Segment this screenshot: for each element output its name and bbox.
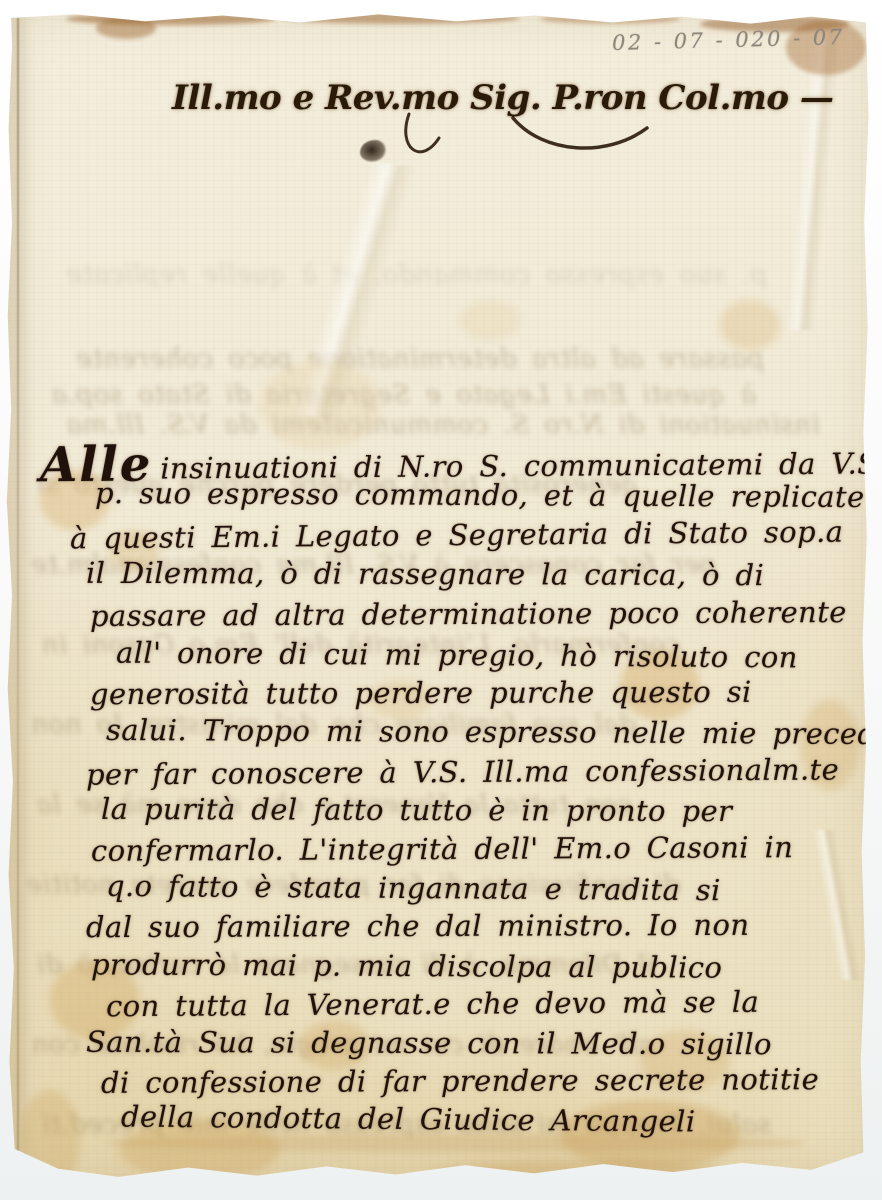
ghost-line: à questi Em.i Legato e Segretaria di Sta… bbox=[51, 380, 756, 410]
text-line: confermarlo. L'integrità dell' Em.o Caso… bbox=[91, 830, 793, 868]
text-line: San.tà Sua si degnasse con il Med.o sigi… bbox=[86, 1025, 772, 1061]
text-line: p. suo espresso commando, et à quelle re… bbox=[95, 476, 865, 514]
edge-stain bbox=[96, 17, 156, 39]
text-line: della condotta del Giudice Arcangeli bbox=[121, 1099, 696, 1138]
paper-stain bbox=[430, 1160, 730, 1186]
text-line: q.o fatto è stata ingannata e tradita si bbox=[106, 869, 721, 907]
ink-blot bbox=[360, 140, 386, 162]
fold-crease-line bbox=[17, 18, 19, 1167]
manuscript-page: 02 - 07 - 020 - 07 Ill.mo e Rev.mo Sig. … bbox=[6, 12, 872, 1178]
text-line: con tutta la Venerat.e che devo mà se la bbox=[106, 985, 759, 1024]
text-line: dal suo familiare che dal ministro. Io n… bbox=[86, 908, 749, 944]
text-line: per far conoscere à V.S. Ill.ma confessi… bbox=[86, 752, 839, 791]
text-line: à questi Em.i Legato e Segretaria di Sta… bbox=[70, 515, 844, 556]
scan-backdrop: 02 - 07 - 020 - 07 Ill.mo e Rev.mo Sig. … bbox=[0, 0, 882, 1200]
ghost-line: passare ad altra determinatione poco coh… bbox=[76, 344, 764, 374]
text-line: la purità del fatto tutto è in pronto pe… bbox=[101, 792, 732, 828]
ghost-line: p. suo espresso commando, et à quelle re… bbox=[66, 260, 767, 290]
text-line: salui. Troppo mi sono espresso nelle mie… bbox=[106, 713, 882, 751]
edge-stain bbox=[280, 12, 520, 24]
text-line: passare ad altra determinatione poco coh… bbox=[90, 595, 847, 633]
text-line: produrrò mai p. mia discolpa al publico bbox=[91, 947, 722, 984]
text-line: il Dilemma, ò di rassegnare la carica, ò… bbox=[86, 556, 764, 592]
pen-flourish-icon bbox=[395, 108, 665, 188]
left-fold-edge bbox=[6, 12, 56, 1178]
archival-number: 02 - 07 - 020 - 07 bbox=[612, 25, 845, 55]
text-line: generosità tutto perdere purche questo s… bbox=[90, 675, 752, 711]
paper-stain bbox=[460, 300, 520, 340]
paper-stain bbox=[720, 300, 780, 350]
edge-stain bbox=[540, 14, 680, 24]
text-line: di confessione di far prendere secrete n… bbox=[101, 1062, 819, 1100]
edge-stain bbox=[66, 13, 276, 25]
paper-crease bbox=[750, 30, 870, 330]
text-line: all' onore di cui mi pregio, hò risoluto… bbox=[116, 636, 798, 675]
paper-crease bbox=[800, 830, 870, 980]
